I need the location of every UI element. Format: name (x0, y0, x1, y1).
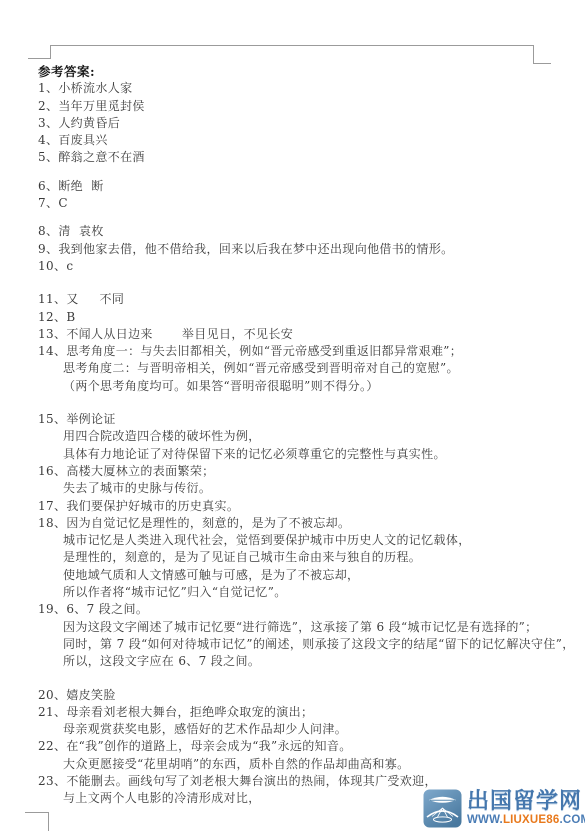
answer-line: 大众更愿接受“花里胡哨”的东西，质朴自然的作品却曲高和寡。 (38, 756, 579, 773)
answer-line: 是理性的，刻意的，是为了见证自己城市生命由来与独自的历程。 (38, 549, 579, 566)
answer-sheet: 参考答案: 1、小桥流水人家2、当年万里觅封侯3、人约黄昏后4、百废具兴5、醉翁… (38, 63, 579, 808)
answer-line: 8、清 袁枚 (38, 223, 579, 240)
text-boundary-top-rule (50, 45, 533, 46)
answer-line: 思考角度二：与晋明帝相关，例如“晋元帝感受到晋明帝对自己的宽慰”。 (38, 360, 579, 377)
answer-line: 母亲观赏获奖电影，感悟好的艺术作品却少人问津。 (38, 721, 579, 738)
answer-line: 10、c (38, 258, 579, 275)
text-boundary-bottomleft-vertical (48, 812, 49, 831)
answer-line: 6、断绝 断 (38, 178, 579, 195)
answer-line: 使地域气质和人文情感可触与可感，是为了不被忘却， (38, 567, 579, 584)
answer-line: 同时，第 7 段“如何对待城市记忆”的阐述，则承接了这段文字的结尾“留下的记忆解… (38, 636, 579, 653)
answer-line: 20、嬉皮笑脸 (38, 687, 579, 704)
blank-line (38, 275, 579, 291)
text-boundary-topleft-vertical (50, 45, 51, 58)
text-boundary-bottomleft-horizontal (25, 812, 49, 813)
logo-site-name: 出国留学网 (467, 789, 585, 813)
answer-line: 5、醉翁之意不在酒 (38, 149, 579, 166)
logo-site-url: WWW.LIUXUE86.COM (467, 814, 585, 827)
bridge-icon (423, 789, 462, 828)
blank-line (38, 395, 579, 411)
blank-line (38, 167, 579, 178)
logo-text: 出国留学网 WWW.LIUXUE86.COM (467, 789, 585, 827)
answer-lines: 1、小桥流水人家2、当年万里觅封侯3、人约黄昏后4、百废具兴5、醉翁之意不在酒6… (38, 80, 579, 807)
answer-line: 12、B (38, 309, 579, 326)
answer-line: 因为这段文字阐述了城市记忆要“进行筛选”，这承接了第 6 段“城市记忆是有选择的… (38, 619, 579, 636)
answer-line: 19、6、7 段之间。 (38, 601, 579, 618)
answer-line: 所以作者将“城市记忆”归入“自觉记忆”。 (38, 584, 579, 601)
answer-line: 失去了城市的史脉与传衍。 (38, 480, 579, 497)
answer-line: 具体有力地论证了对待保留下来的记忆必须尊重它的完整性与真实性。 (38, 446, 579, 463)
answer-line: 城市记忆是人类进入现代社会，觉悟到要保护城市中历史人文的记忆载体， (38, 532, 579, 549)
blank-line (38, 671, 579, 687)
answer-line: 1、小桥流水人家 (38, 80, 579, 97)
url-suffix: .COM (560, 814, 585, 826)
answer-line: 22、在“我”创作的道路上，母亲会成为“我”永远的知音。 (38, 738, 579, 755)
answer-line: 所以，这段文字应在 6、7 段之间。 (38, 653, 579, 670)
answer-line: 7、C (38, 195, 579, 212)
blank-line (38, 212, 579, 223)
answer-line: 3、人约黄昏后 (38, 115, 579, 132)
answer-line: 15、举例论证 (38, 411, 579, 428)
answer-line: 2、当年万里觅封侯 (38, 98, 579, 115)
answer-line: 13、不闻人从日边来 举目见日，不见长安 (38, 326, 579, 343)
answer-line: 4、百废具兴 (38, 132, 579, 149)
text-boundary-topleft-horizontal (28, 58, 51, 59)
liuxue86-logo[interactable]: 出国留学网 WWW.LIUXUE86.COM (423, 789, 585, 828)
answer-line: 9、我到他家去借，他不借给我，回来以后我在梦中还出现向他借书的情形。 (38, 241, 579, 258)
answer-line: 用四合院改造四合楼的破坏性为例， (38, 428, 579, 445)
answer-line: 11、又 不同 (38, 291, 579, 308)
text-boundary-topright-vertical (533, 45, 534, 63)
answer-line: 18、因为自觉记忆是理性的，刻意的，是为了不被忘却。 (38, 515, 579, 532)
answer-line: （两个思考角度均可。如果答“晋明帝很聪明”则不得分。） (38, 378, 579, 395)
answer-line: 17、我们要保护好城市的历史真实。 (38, 498, 579, 515)
answer-line: 16、高楼大厦林立的表面繁荣； (38, 463, 579, 480)
page-title: 参考答案: (38, 63, 579, 80)
answer-line: 21、母亲看刘老根大舞台，拒绝哗众取宠的演出； (38, 704, 579, 721)
url-domain: LIUXUE86 (503, 814, 560, 826)
answer-line: 14、思考角度一：与失去旧都相关，例如“晋元帝感受到重返旧都异常艰难”； (38, 343, 579, 360)
url-prefix: WWW. (467, 814, 503, 826)
